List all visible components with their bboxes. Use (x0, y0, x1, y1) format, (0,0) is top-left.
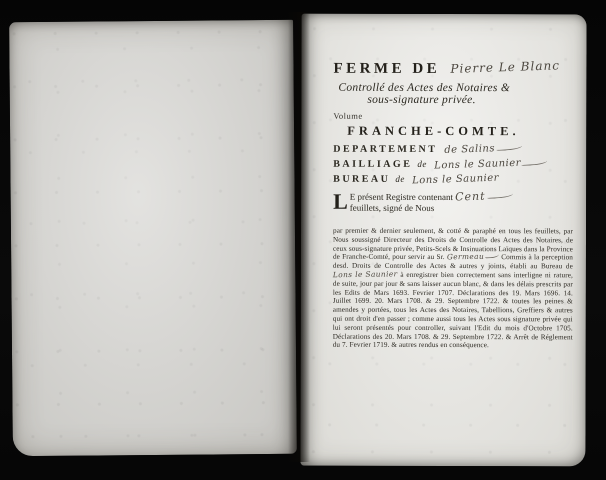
bailliage-row: BAILLIAGE de Lons le Saunier (333, 159, 579, 171)
bureau-particle: de (395, 174, 405, 184)
pen-flourish (521, 158, 547, 166)
folio-count-handwritten: Cent (455, 192, 486, 203)
register-line2: feuillets, signé de Nous (350, 202, 435, 212)
register-statement: LE présent Registre contenant Cent feuil… (333, 192, 533, 214)
dropcap-initial: L (333, 192, 348, 212)
departement-label: DEPARTEMENT (333, 144, 437, 155)
register-line1: E présent Registre contenant (350, 192, 453, 202)
scanned-register-spread: FERME DE Pierre Le Blanc Controllé des A… (0, 0, 606, 480)
ferme-title-line: FERME DE Pierre Le Blanc (333, 60, 579, 79)
departement-row: DEPARTEMENT de Salins (333, 144, 579, 156)
controle-subtitle-line1: Controllé des Actes des Notaires & (338, 82, 579, 95)
left-blank-page (9, 20, 297, 456)
commis-name-handwritten: Germeau (447, 253, 484, 262)
province-title: FRANCHE-COMTE. (347, 124, 579, 140)
bailliage-particle: de (417, 159, 427, 169)
bureau-label: BUREAU (333, 174, 390, 185)
bailliage-label: BAILLIAGE (333, 159, 412, 170)
bureau-name-handwritten: Lons le Saunier (333, 270, 398, 280)
title-page-text-column: FERME DE Pierre Le Blanc Controllé des A… (333, 60, 580, 351)
ferme-de-label: FERME DE (333, 61, 440, 77)
bailliage-handwritten: Lons le Saunier (434, 158, 521, 172)
pen-flourish (485, 252, 499, 259)
paragraph-segment: à enregistrer bien correctement sans int… (333, 271, 573, 350)
volume-label: Volume (333, 111, 579, 122)
departement-handwritten: de Salins (444, 143, 495, 156)
regulation-paragraph: par premier & dernier seulement, & cotté… (333, 227, 573, 351)
bureau-row: BUREAU de Lons le Saunier (333, 174, 579, 186)
pen-flourish (486, 191, 512, 199)
pen-flourish (496, 143, 522, 151)
controle-subtitle-line2: sous-signature privée. (367, 94, 579, 107)
bureau-handwritten: Lons le Saunier (412, 173, 499, 187)
right-title-page: FERME DE Pierre Le Blanc Controllé des A… (300, 14, 586, 467)
ferme-name-handwritten: Pierre Le Blanc (450, 58, 560, 76)
